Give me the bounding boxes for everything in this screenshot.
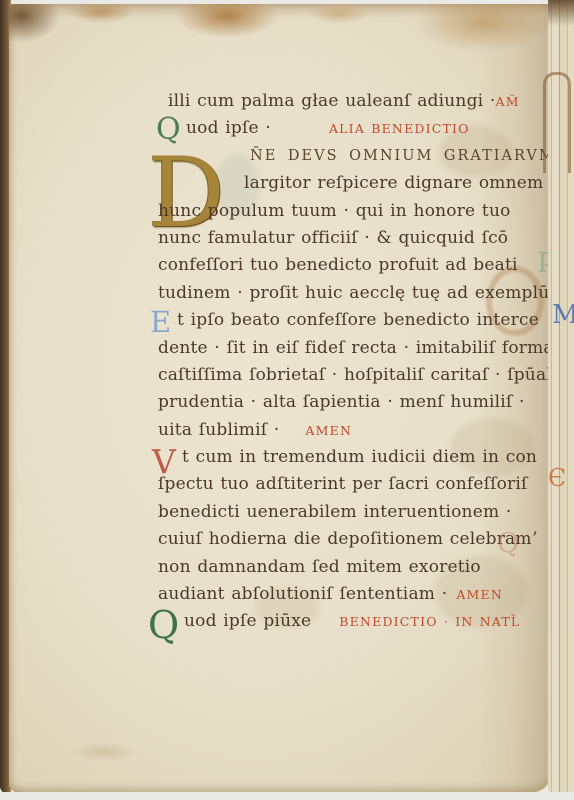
photo-background-strip xyxy=(0,792,574,800)
rubric-amen: AMEN xyxy=(456,581,503,608)
fore-edge-letter-m: M xyxy=(552,300,574,330)
line-body: illi cum palma głae ualeanſ adiungi · xyxy=(168,88,496,115)
showthrough-letter-q: Q xyxy=(497,528,519,559)
green-initial-q: Q xyxy=(148,606,179,644)
line-body: ſpectu tuo adſtiterint per ſacri confeſſ… xyxy=(158,471,528,498)
line-body: t cum in tremendum iudicii diem in con xyxy=(182,444,537,471)
line-body: cuiuſ hodierna die depoſitionem celebram… xyxy=(158,526,537,553)
line-body: dente · ſit in eiſ fideſ recta · imitabi… xyxy=(158,335,554,362)
text-line: non damnandam ſed mitem exoretio xyxy=(150,554,518,581)
text-line: cuiuſ hodierna die depoſitionem celebram… xyxy=(150,526,518,553)
line-body: t ipſo beato confeſſore benedicto interc… xyxy=(177,307,539,334)
text-line: Q uod ipſe piūxe BENEDICTIO · IN NATL̃ xyxy=(150,608,518,635)
line-body: non damnandam ſed mitem exoretio xyxy=(158,554,481,581)
line-body: largitor reſpicere dignare omnem xyxy=(244,170,543,197)
line-body: confeſſori tuo benedicto profuit ad beat… xyxy=(158,252,518,279)
text-line: uita ſublimiſ · AMEN xyxy=(150,417,518,444)
line-body: hunc populum tuum · qui in honore tuo xyxy=(158,198,511,225)
text-line: largitor reſpicere dignare omnem xyxy=(150,170,518,197)
amen-abbreviation: AM̃ xyxy=(496,88,520,115)
text-block: illi cum palma głae ualeanſ adiungi · AM… xyxy=(150,88,518,636)
rubric-benedictio-in-natale: BENEDICTIO · IN NATL̃ xyxy=(339,608,520,635)
line-body: audiant abſolutioniſ ſententiam · xyxy=(158,581,447,608)
text-line: nunc famulatur officiiſ · & quicquid ſcō xyxy=(150,225,518,252)
text-line: V t cum in tremendum iudicii diem in con xyxy=(150,444,518,471)
manuscript-photo: illi cum palma głae ualeanſ adiungi · AM… xyxy=(0,0,574,800)
fore-edge-letter-e: Є xyxy=(548,464,566,492)
text-line: benedicti uenerabilem interuentionem · xyxy=(150,499,518,526)
text-line: caſtiſſima ſobrietaſ · hoſpitaliſ carita… xyxy=(150,362,518,389)
text-line: illi cum palma głae ualeanſ adiungi · AM… xyxy=(150,88,518,115)
text-line: ſpectu tuo adſtiterint per ſacri confeſſ… xyxy=(150,471,518,498)
line-body: tudinem · proſit huic aecclę tuę ad exem… xyxy=(158,280,549,307)
text-line: confeſſori tuo benedicto profuit ad beat… xyxy=(150,252,518,279)
line-body: prudentia · alta ſapientia · menſ humili… xyxy=(158,389,525,416)
line-body: uod ipſe piūxe xyxy=(184,608,311,635)
rubric-amen: AMEN xyxy=(305,417,352,444)
line-body: uita ſublimiſ · xyxy=(158,417,279,444)
rubric-alia-benedictio: ALIA BENEDICTIO xyxy=(329,115,470,142)
text-line-capitals: D N̄E DEVS OMNIUM GRATIARVM xyxy=(150,143,518,170)
blue-initial-e: E xyxy=(150,308,171,337)
next-folio-arch-showthrough xyxy=(543,72,571,173)
text-line: dente · ſit in eiſ fideſ recta · imitabi… xyxy=(150,335,518,362)
text-line: tudinem · proſit huic aecclę tuę ad exem… xyxy=(150,280,518,307)
line-body: N̄E DEVS OMNIUM GRATIARVM xyxy=(250,143,556,170)
fore-edge-shadow xyxy=(548,0,574,26)
line-body: benedicti uenerabilem interuentionem · xyxy=(158,499,512,526)
text-line: audiant abſolutioniſ ſententiam · AMEN xyxy=(150,581,518,608)
text-line: prudentia · alta ſapientia · menſ humili… xyxy=(150,389,518,416)
line-body: nunc famulatur officiiſ · & quicquid ſcō xyxy=(158,225,508,252)
line-body: caſtiſſima ſobrietaſ · hoſpitaliſ carita… xyxy=(158,362,564,389)
text-line: E t ipſo beato confeſſore benedicto inte… xyxy=(150,307,518,334)
text-line: hunc populum tuum · qui in honore tuo xyxy=(150,198,518,225)
